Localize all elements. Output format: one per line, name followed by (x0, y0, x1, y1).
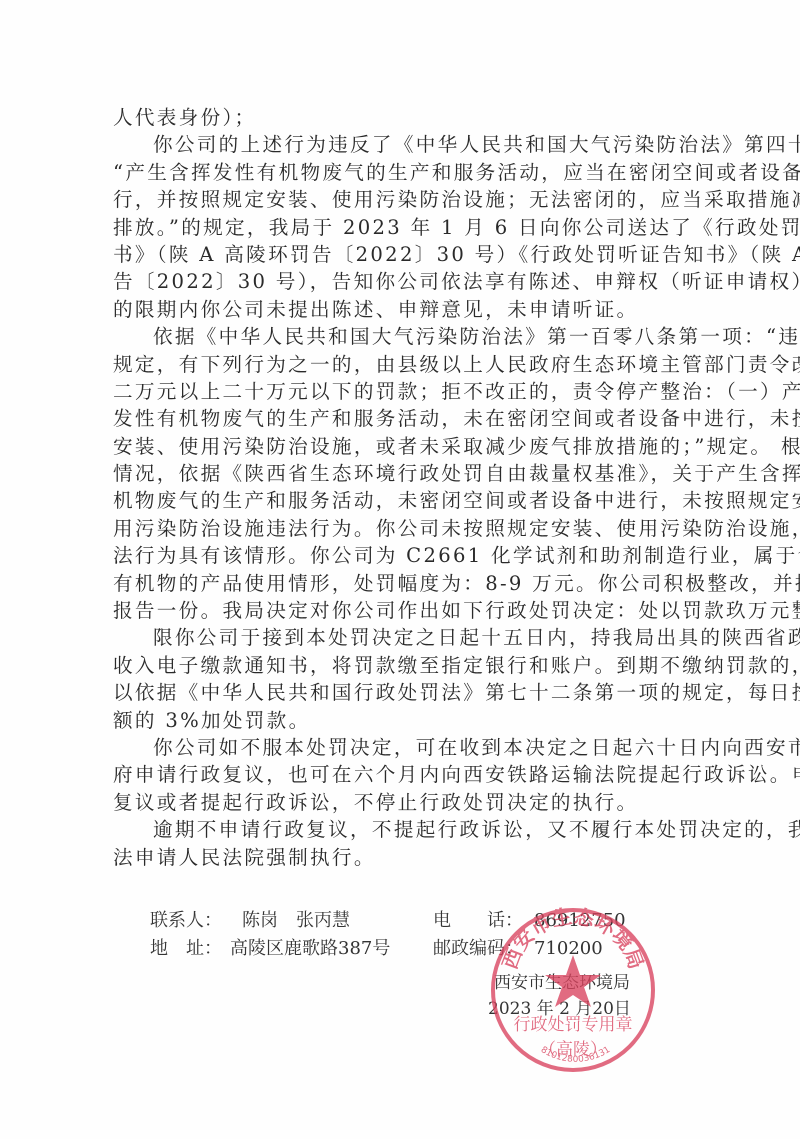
document-line: 排放。”的规定，我局于 2023 年 1 月 6 日向你公司送达了《行政处罚事先… (113, 214, 691, 241)
document-line: 用污染防治设施违法行为。你公司未按照规定安装、使用污染防治设施，以上违 (113, 515, 691, 542)
address-label: 地 址： (150, 935, 222, 963)
document-line: 二万元以上二十万元以下的罚款；拒不改正的，责令停产整治：（一）产生含挥 (113, 378, 691, 405)
document-line: 收入电子缴款通知书，将罚款缴至指定银行和账户。到期不缴纳罚款的，我局可 (113, 652, 691, 679)
document-line: 行，并按照规定安装、使用污染防治设施；无法密闭的，应当采取措施减少废气 (113, 186, 691, 213)
document-line: 以依据《中华人民共和国行政处罚法》第七十二条第一项的规定，每日按罚款数 (113, 679, 691, 706)
document-line: 机物废气的生产和服务活动，未密闭空间或者设备中进行，未按照规定安装、使 (113, 487, 691, 514)
document-line: 法行为具有该情形。你公司为 C2661 化学试剂和助剂制造行业，属于含挥发性 (113, 542, 691, 569)
document-line: 规定，有下列行为之一的，由县级以上人民政府生态环境主管部门责令改正，处 (113, 351, 691, 378)
document-line: “产生含挥发性有机物废气的生产和服务活动，应当在密闭空间或者设备中进 (113, 159, 691, 186)
document-line: 逾期不申请行政复议，不提起行政诉讼，又不履行本处罚决定的，我局将依 (113, 816, 691, 843)
contact-value: 陈岗 张丙慧 (242, 907, 350, 935)
document-line: 法申请人民法院强制执行。 (113, 844, 691, 871)
document-line: 人代表身份）； (113, 104, 691, 131)
official-seal-icon: 西安市生态环境局 行政处罚专用章 （高陵） 8101280036131 (488, 905, 658, 1075)
document-line: 你公司如不服本处罚决定，可在收到本决定之日起六十日内向西安市人民政 (113, 734, 691, 761)
document-line: 的限期内你公司未提出陈述、申辩意见，未申请听证。 (113, 296, 691, 323)
document-line: 额的 3%加处罚款。 (113, 707, 691, 734)
document-line: 复议或者提起行政诉讼，不停止行政处罚决定的执行。 (113, 789, 691, 816)
document-line: 府申请行政复议，也可在六个月内向西安铁路运输法院提起行政诉讼。申请行政 (113, 761, 691, 788)
document-line: 告〔2022〕30 号），告知你公司依法享有陈述、申辩权（听证申请权）。在规定 (113, 268, 691, 295)
document-line: 有机物的产品使用情形，处罚幅度为：8-9 万元。你公司积极整改，并提交整改 (113, 570, 691, 597)
document-line: 发性有机物废气的生产和服务活动，未在密闭空间或者设备中进行，未按照规定 (113, 405, 691, 432)
seal-purpose: 行政处罚专用章 (514, 1014, 633, 1035)
document-line: 依据《中华人民共和国大气污染防治法》第一百零八条第一项：“违反本法 (113, 323, 691, 350)
contact-label: 联系人： (150, 907, 222, 935)
address-value: 高陵区鹿歌路387号 (230, 935, 390, 963)
document-line: 书》（陕 A 高陵环罚告〔2022〕30 号）《行政处罚听证告知书》（陕 A 高… (113, 241, 691, 268)
document-line: 你公司的上述行为违反了《中华人民共和国大气污染防治法》第四十五条： (113, 131, 691, 158)
document-line: 报告一份。我局决定对你公司作出如下行政处罚决定：处以罚款玖万元整。 (113, 597, 691, 624)
document-body: 人代表身份）；你公司的上述行为违反了《中华人民共和国大气污染防治法》第四十五条：… (113, 104, 691, 871)
document-line: 安装、使用污染防治设施，或者未采取减少废气排放措施的；”规定。 根据以上 (113, 433, 691, 460)
document-line: 情况，依据《陕西省生态环境行政处罚自由裁量权基准》，关于产生含挥发性有 (113, 460, 691, 487)
document-line: 限你公司于接到本处罚决定之日起十五日内，持我局出具的陕西省政府非税 (113, 624, 691, 651)
